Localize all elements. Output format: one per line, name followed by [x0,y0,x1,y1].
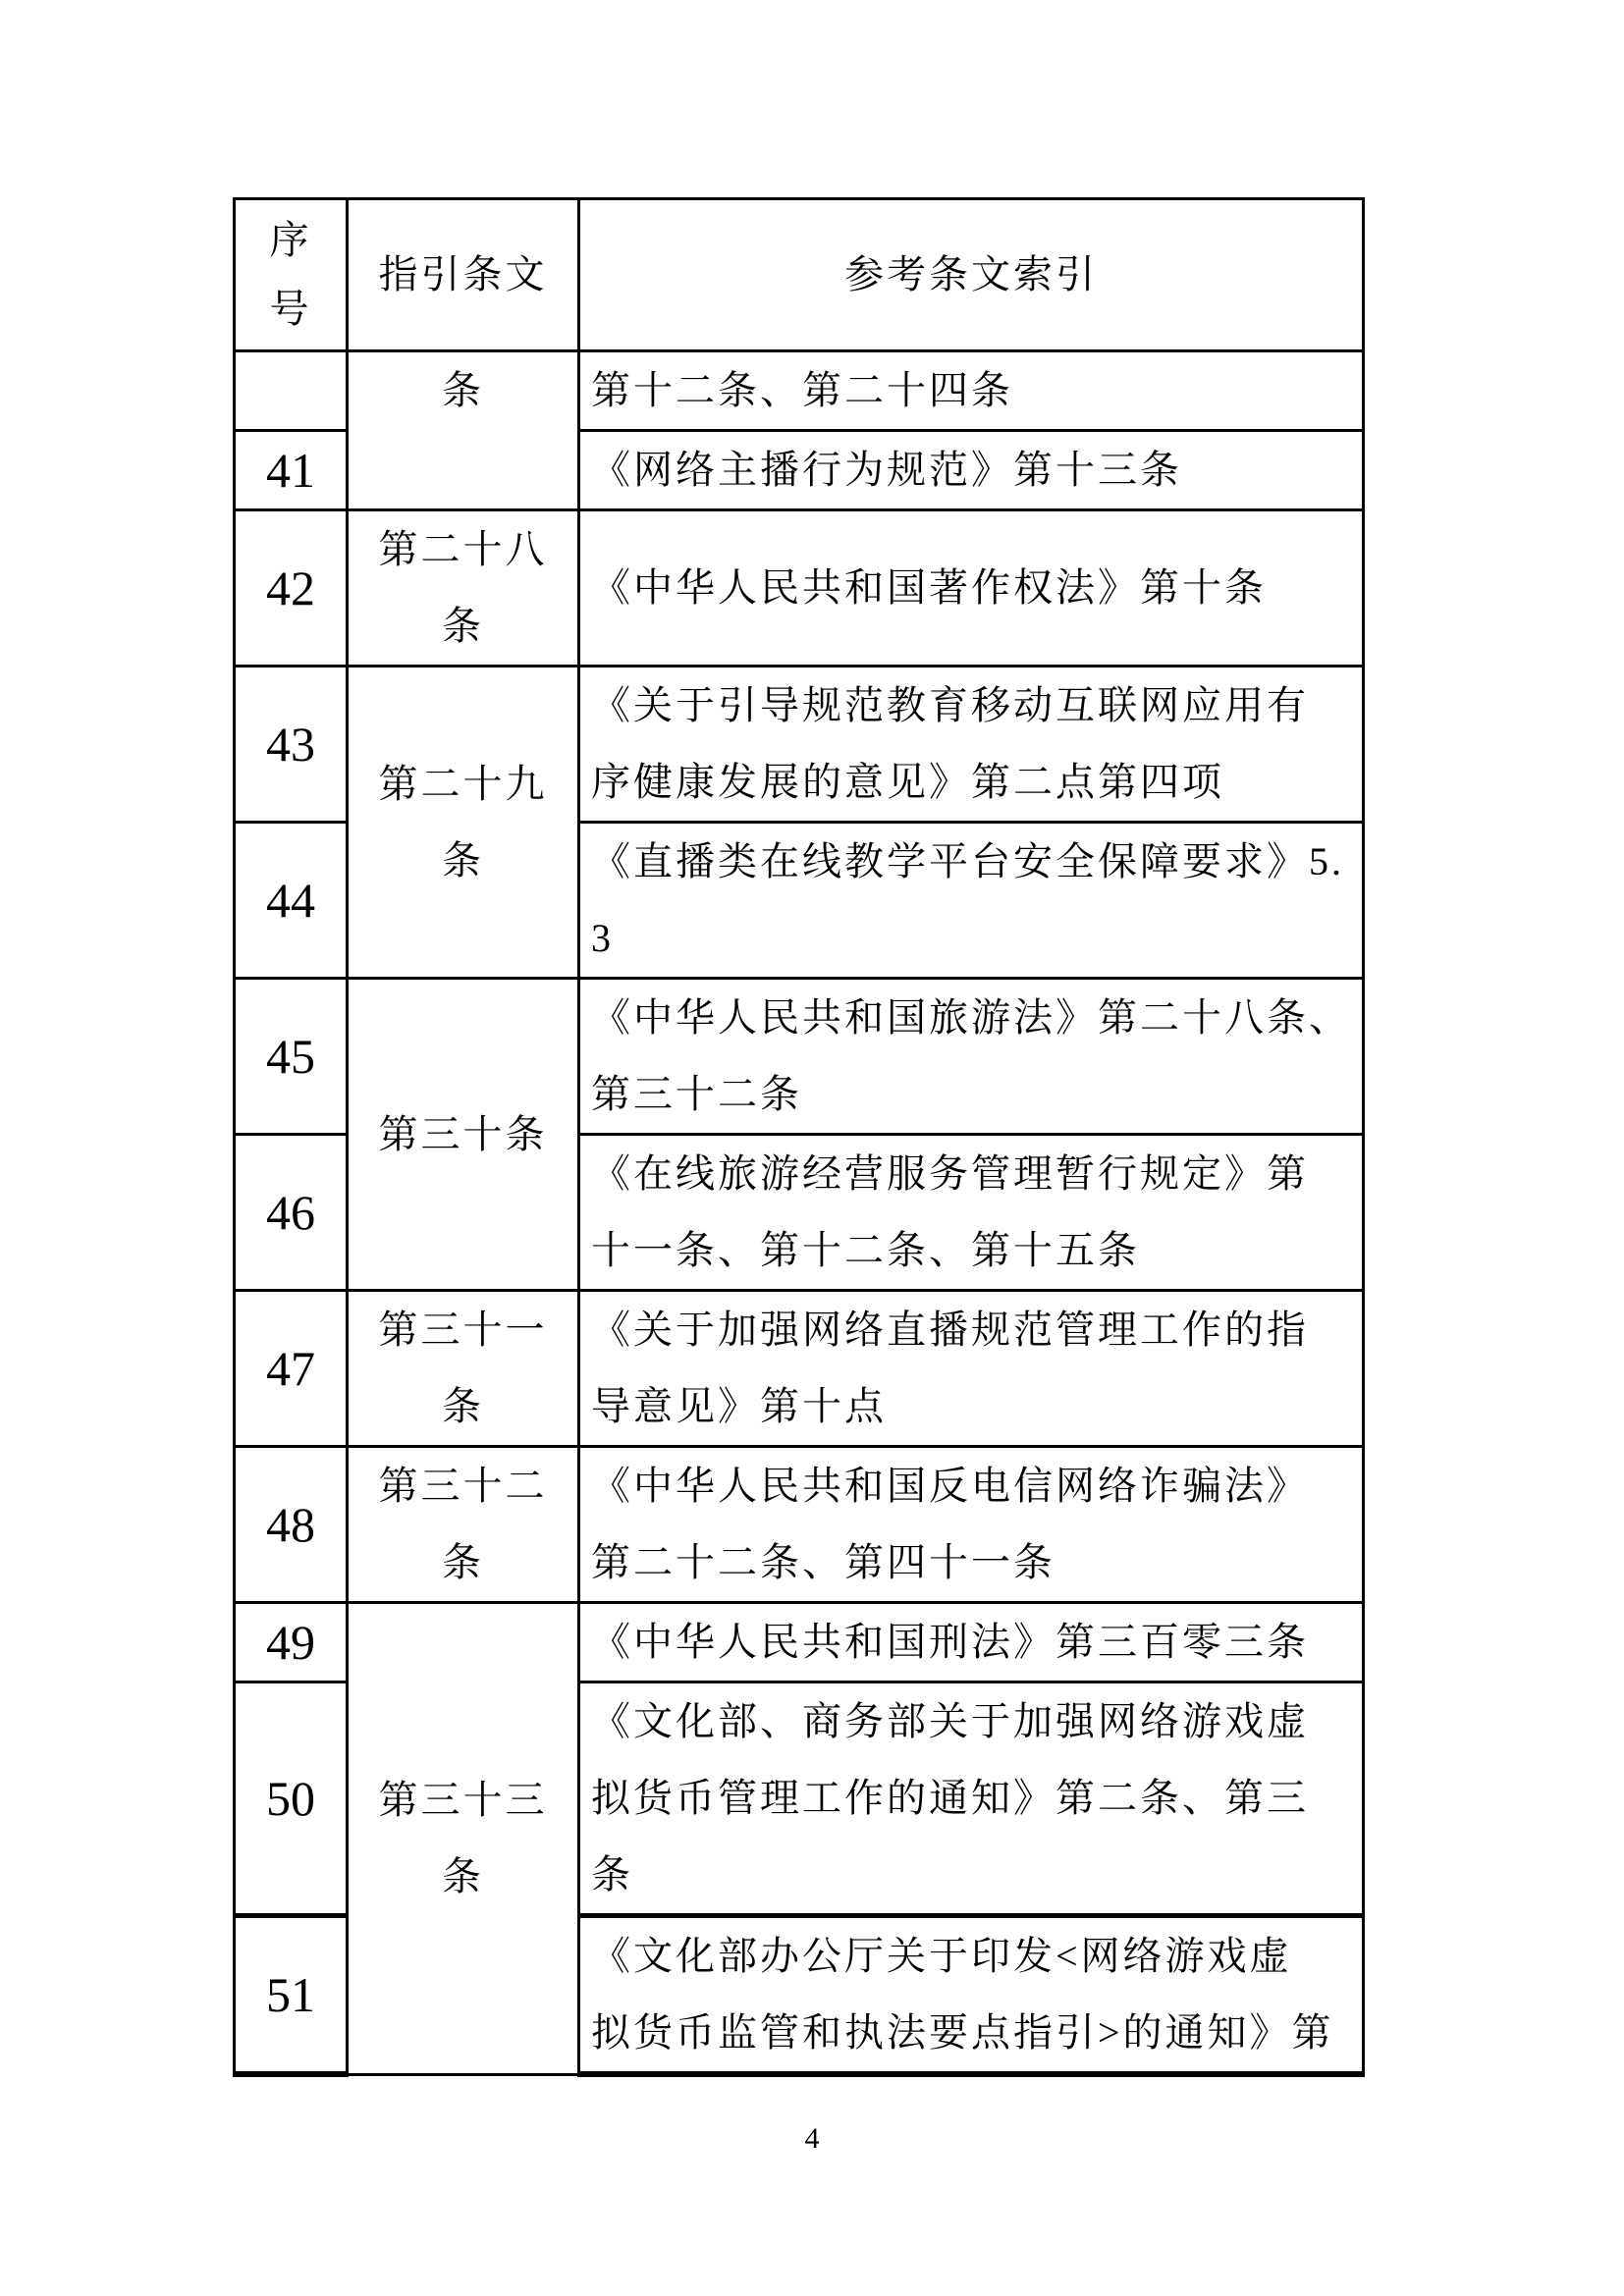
reference-cell: 《关于加强网络直播规范管理工作的指 导意见》第十点 [579,1291,1364,1447]
reference-cell: 《网络主播行为规范》第十三条 [579,431,1364,510]
reference-cell: 《文化部办公厅关于印发<网络游戏虚 拟货币监管和执法要点指引>的通知》第 [579,1916,1364,2075]
serial-cell: 48 [235,1447,348,1603]
serial-cell: 50 [235,1682,348,1916]
table-row: 49 第三十三 条 《中华人民共和国刑法》第三百零三条 [235,1603,1364,1682]
page-number: 4 [0,2122,1624,2156]
guide-article-cell: 条 [348,351,579,510]
header-guide-article: 指引条文 [348,199,579,351]
reference-cell: 《中华人民共和国反电信网络诈骗法》 第二十二条、第四十一条 [579,1447,1364,1603]
reference-cell: 《直播类在线教学平台安全保障要求》5. 3 [579,823,1364,979]
serial-cell: 43 [235,667,348,823]
header-serial-number: 序 号 [235,199,348,351]
guide-article-cell: 第三十二 条 [348,1447,579,1603]
document-page: 序 号 指引条文 参考条文索引 条 第十二条、第二十四条 41 《网络主播行为规… [0,0,1624,2296]
reference-cell: 第十二条、第二十四条 [579,351,1364,431]
guide-article-cell: 第二十八 条 [348,510,579,667]
serial-cell: 47 [235,1291,348,1447]
guide-article-cell: 第三十一 条 [348,1291,579,1447]
reference-cell: 《关于引导规范教育移动互联网应用有 序健康发展的意见》第二点第四项 [579,667,1364,823]
reference-index-table: 序 号 指引条文 参考条文索引 条 第十二条、第二十四条 41 《网络主播行为规… [233,197,1365,2077]
serial-cell: 42 [235,510,348,667]
table-row: 42 第二十八 条 《中华人民共和国著作权法》第十条 [235,510,1364,667]
table-row: 45 第三十条 《中华人民共和国旅游法》第二十八条、 第三十二条 [235,979,1364,1135]
table-row: 48 第三十二 条 《中华人民共和国反电信网络诈骗法》 第二十二条、第四十一条 [235,1447,1364,1603]
header-reference-index: 参考条文索引 [579,199,1364,351]
guide-article-cell: 第三十三 条 [348,1603,579,2075]
serial-cell: 41 [235,431,348,510]
reference-cell: 《中华人民共和国著作权法》第十条 [579,510,1364,667]
reference-cell: 《中华人民共和国旅游法》第二十八条、 第三十二条 [579,979,1364,1135]
table-header-row: 序 号 指引条文 参考条文索引 [235,199,1364,351]
serial-cell: 51 [235,1916,348,2075]
serial-cell: 49 [235,1603,348,1682]
serial-cell: 46 [235,1135,348,1291]
guide-article-cell: 第二十九 条 [348,667,579,979]
reference-cell: 《中华人民共和国刑法》第三百零三条 [579,1603,1364,1682]
reference-cell: 《文化部、商务部关于加强网络游戏虚 拟货币管理工作的通知》第二条、第三 条 [579,1682,1364,1916]
reference-cell: 《在线旅游经营服务管理暂行规定》第 十一条、第十二条、第十五条 [579,1135,1364,1291]
table-row: 43 第二十九 条 《关于引导规范教育移动互联网应用有 序健康发展的意见》第二点… [235,667,1364,823]
table-row: 47 第三十一 条 《关于加强网络直播规范管理工作的指 导意见》第十点 [235,1291,1364,1447]
table-row: 条 第十二条、第二十四条 [235,351,1364,431]
serial-cell: 44 [235,823,348,979]
serial-cell: 45 [235,979,348,1135]
guide-article-cell: 第三十条 [348,979,579,1291]
serial-cell [235,351,348,431]
